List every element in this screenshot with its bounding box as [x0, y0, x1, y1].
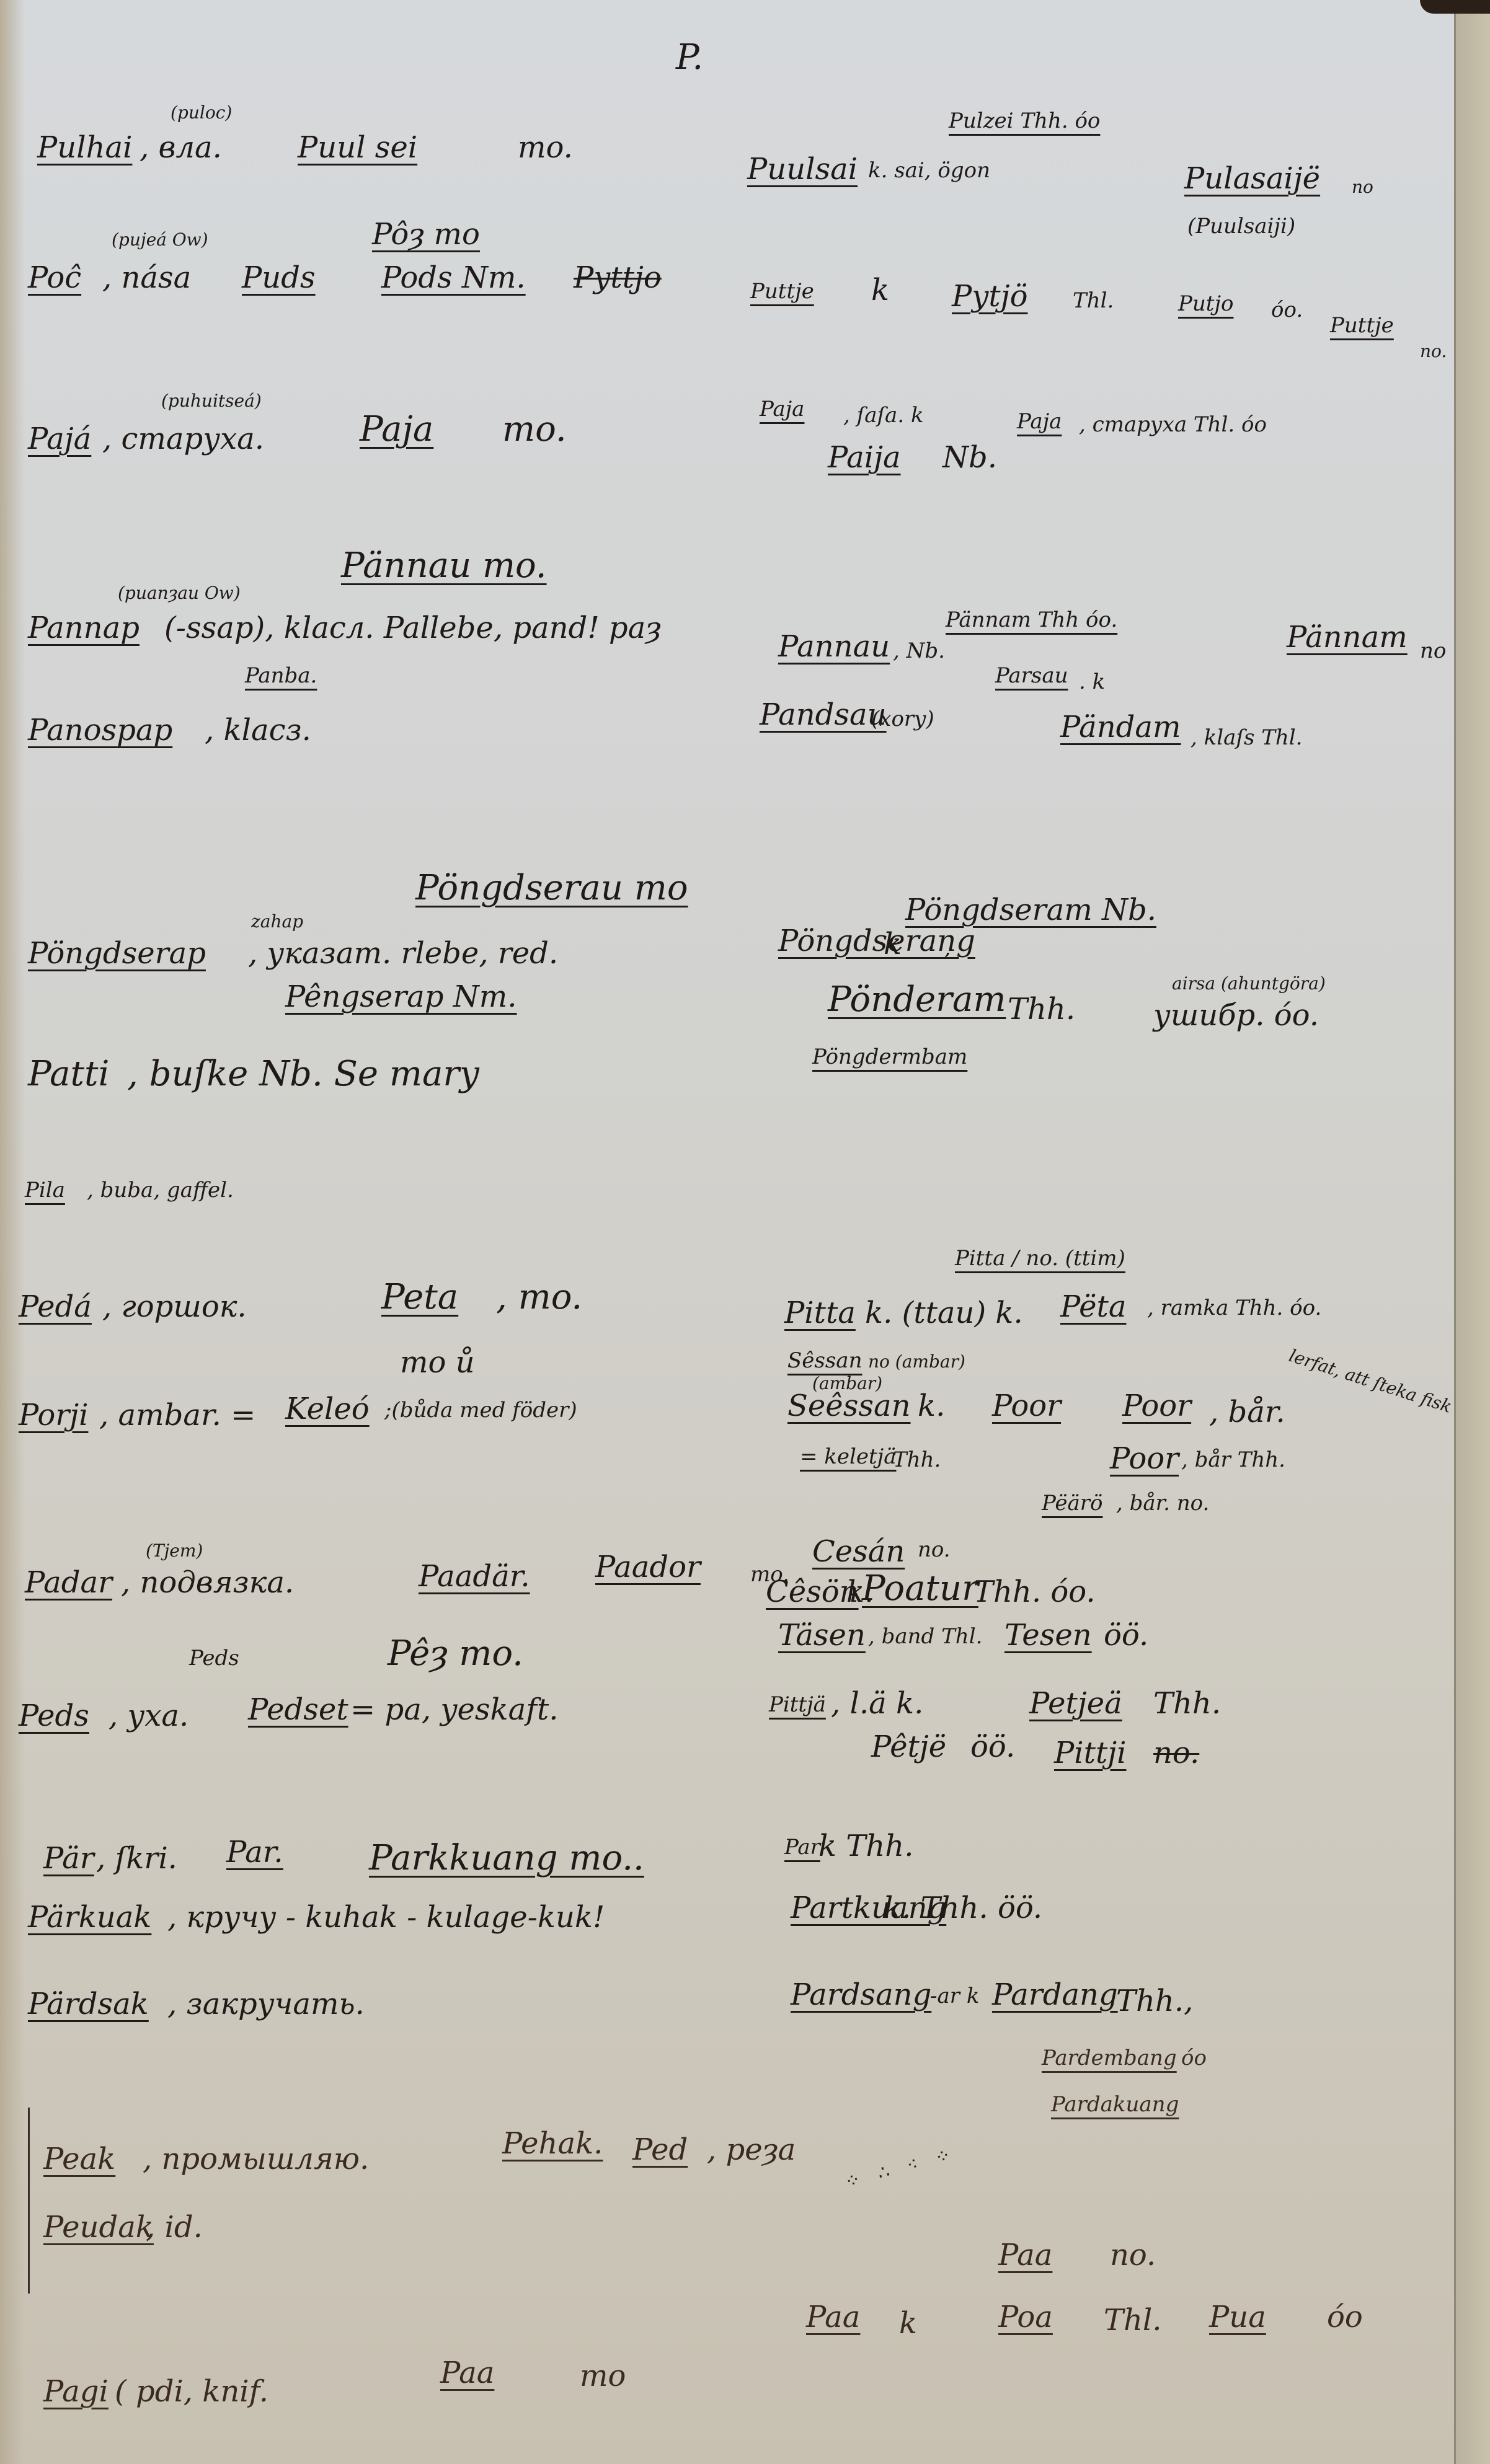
variant: Par.: [226, 1835, 283, 1870]
variant-above: Pitta / no. (ttim): [955, 1246, 1125, 1271]
variant-below: (Puulsaiji): [1187, 214, 1295, 239]
gloss: , ambar. =: [99, 1398, 255, 1433]
headword: Pardembang: [1042, 2046, 1177, 2070]
gloss: , Nb.: [893, 638, 945, 663]
variant: Keleó: [285, 1392, 370, 1426]
headword: Pandsau: [760, 697, 887, 732]
headword: Pitta: [784, 1296, 856, 1330]
gloss: , buſke Nb. Se mary: [127, 1054, 479, 1094]
headword: Pannau: [778, 629, 890, 664]
variant-tag: Thh.,: [1116, 1984, 1193, 2018]
headword: Patti: [28, 1054, 109, 1094]
variant-tag: mo.: [518, 130, 573, 165]
headword: Cêsön: [766, 1574, 859, 1609]
variant: Ped: [632, 2132, 688, 2167]
gloss: , l.ä k.: [831, 1686, 923, 1721]
headword: Puulsai: [747, 152, 858, 187]
gloss: k Thh.: [818, 1829, 913, 1863]
variant-tag: Thh.: [1153, 1686, 1221, 1721]
gloss: , ſaſa. k: [843, 403, 924, 428]
struck-variant: Pyttjo: [574, 260, 662, 295]
gloss: , закручать.: [167, 1987, 365, 2021]
variant-above: Parkkuang mo..: [369, 1838, 644, 1878]
variant: Peta: [381, 1277, 458, 1317]
variant-tag: öö.: [1104, 1618, 1148, 1653]
margin-bracket: [28, 2108, 30, 2294]
variant: Paador: [595, 1550, 701, 1584]
variant-tag: mo: [580, 2359, 626, 2393]
variant: Poa: [998, 2300, 1053, 2334]
gloss: no.: [1110, 2238, 1156, 2272]
note-above: (pujeá Ow): [112, 229, 208, 250]
variant: Pulasaijë: [1184, 161, 1320, 196]
variant: Pedset: [248, 1692, 348, 1727]
variant: Pehak.: [502, 2126, 603, 2161]
variant: Pods Nm.: [381, 260, 526, 295]
variant: Paadär.: [419, 1559, 530, 1594]
variant: Pua: [1209, 2300, 1266, 2334]
variant-tag: Thl.: [1104, 2303, 1162, 2338]
note: lerfat, att ſteka fisk: [1287, 1345, 1455, 1417]
variant: Petjeä: [1029, 1686, 1122, 1721]
headword: Paja: [760, 397, 804, 422]
headword: Täsen: [778, 1618, 866, 1653]
headword: Pardakuang: [1051, 2092, 1179, 2117]
headword: Paa: [806, 2300, 860, 2334]
gloss: , горшок.: [102, 1289, 247, 1324]
note: ;(bůda med föder): [384, 1398, 577, 1423]
gloss: , bår. no.: [1116, 1491, 1209, 1516]
gloss: , вла.: [140, 130, 222, 165]
headword: Poĉ: [28, 260, 81, 295]
variant-tag: , ramka Thh. óo.: [1147, 1296, 1321, 1320]
variant: Parsau: [995, 663, 1068, 688]
variant: Poor: [1122, 1389, 1191, 1423]
page-header-letter: P.: [676, 37, 703, 77]
headword: = keletjä: [800, 1444, 897, 1469]
headword: Pardsang: [791, 1977, 931, 2012]
variant-below: Pêngseraр Nm.: [285, 979, 517, 1014]
variant-tag: , mo.: [496, 1277, 582, 1317]
gloss: , id.: [146, 2210, 203, 2245]
headword: Pedá: [19, 1289, 92, 1324]
variant-tag: = pa, yeskaft.: [350, 1692, 559, 1727]
headword: Pila: [25, 1178, 65, 1203]
variant: Putjo: [1178, 291, 1233, 316]
gloss: , кручу - kuhak - kulage-kuk!: [167, 1900, 605, 1935]
headword: Padar: [25, 1565, 112, 1600]
gloss: , band Thl.: [868, 1624, 982, 1649]
variant-tag: , bår Thh.: [1181, 1447, 1285, 1472]
headword: Pulhai: [37, 130, 132, 165]
gloss: k: [884, 927, 902, 961]
variant: Pönderam: [828, 979, 1006, 1020]
variant-tag: Thh. óo.: [973, 1574, 1096, 1609]
binding-shadow: [1420, 0, 1490, 14]
variant: Puds: [242, 260, 316, 295]
gloss: , указат. rlebe, red.: [248, 936, 558, 971]
gloss: -ar k: [930, 1984, 979, 2008]
headword: Pittjä: [769, 1692, 826, 1717]
headword: Panospaр: [28, 713, 172, 748]
variant: Poor: [1110, 1441, 1179, 1476]
variant: Paja: [1017, 409, 1062, 434]
note-above: (Tjem): [146, 1540, 203, 1561]
gloss: Thh.: [893, 1447, 941, 1472]
headword: Porji: [19, 1398, 88, 1433]
gloss: no (ambar): [868, 1351, 965, 1372]
headword: Peak: [43, 2142, 115, 2176]
variant-tag: , bår.: [1209, 1395, 1285, 1429]
gloss: , промышляю.: [143, 2142, 369, 2176]
headword: Peudak: [43, 2210, 154, 2245]
gloss: , старуха.: [102, 422, 264, 456]
headword: Peds: [19, 1698, 89, 1733]
variant-tag: Thl.: [1073, 288, 1114, 313]
variant-above: Pôȝ mo: [372, 217, 480, 252]
headword: Pajá: [28, 422, 91, 456]
note-above: airsa (ahuntgöra): [1172, 973, 1326, 994]
variant-tag: no: [1420, 638, 1446, 663]
gloss: , násа: [102, 260, 191, 295]
variant: Pytjö: [952, 279, 1027, 314]
variant: Paa: [440, 2356, 494, 2390]
headword: Cesán: [812, 1534, 905, 1569]
headword: Sêssan: [787, 1348, 862, 1373]
variant: Pändam: [1060, 710, 1181, 744]
variant: Poatur: [862, 1568, 978, 1609]
variant-above: Pöngdserau mo: [415, 868, 688, 908]
variant-tag: Nb.: [942, 440, 997, 475]
variant: Puttje: [1330, 313, 1394, 338]
variant-below: Panba.: [245, 663, 317, 688]
variant: Pëta: [1060, 1289, 1126, 1324]
variant-above: Pännam Thh óo.: [946, 607, 1117, 632]
variant-tag: Thh.: [1008, 992, 1075, 1027]
gloss: k. Thh. öö.: [884, 1891, 1042, 1925]
gloss: k: [899, 2306, 917, 2341]
headword: Paa: [998, 2238, 1052, 2272]
gloss: , klaсз.: [205, 713, 311, 748]
note-above: (puanȝau Ow): [118, 583, 241, 603]
headword: Puttje: [750, 279, 814, 304]
variant-below: Paija: [828, 440, 901, 475]
variant-below: Pöngdermbam: [812, 1044, 967, 1069]
variant: Poor: [992, 1389, 1061, 1423]
gloss: , подвязка.: [121, 1565, 294, 1600]
variant-tag: óo.: [1271, 298, 1303, 322]
headword: Pagi: [43, 2374, 109, 2409]
variant-tag: mo.: [502, 409, 567, 449]
gloss: k: [871, 273, 889, 307]
gloss: k. (ttau) k.: [865, 1296, 1023, 1330]
variant-tag: no.: [1153, 1736, 1199, 1770]
variant: Pardang: [992, 1977, 1118, 2012]
headword: Seêssan: [787, 1389, 911, 1423]
gloss: ( pdi, knif.: [115, 2374, 268, 2409]
gloss: öö.: [970, 1729, 1015, 1764]
gloss: , buba, gaffel.: [87, 1178, 234, 1203]
manuscript-page: P. (puloc) Pulhai , вла. Puul sei mo. (p…: [0, 0, 1456, 2464]
gloss: , ſkri.: [96, 1841, 177, 1876]
headword: Pärkuak: [28, 1900, 151, 1935]
variant: Pittji: [1054, 1736, 1126, 1770]
variant: Tesen: [1004, 1618, 1092, 1653]
variant: Pännam: [1287, 620, 1408, 655]
ink-smudge: ⁘ ∴ ⁖ ⁘: [843, 2143, 959, 2194]
variant-tag: no.: [1420, 341, 1447, 361]
gloss: óo: [1181, 2046, 1207, 2070]
headword: Pannaр: [28, 611, 140, 645]
variant-tag: , старуха Thl. óo: [1079, 412, 1267, 437]
gloss: k.: [918, 1389, 945, 1423]
gloss: , уха.: [109, 1698, 188, 1733]
note: ушибр. óo.: [1153, 998, 1319, 1033]
variant-above: Pêȝ mo.: [388, 1633, 523, 1674]
headword: Pär: [43, 1841, 94, 1876]
note-above: (puhuitseá): [161, 391, 262, 411]
headword: Pärdsak: [28, 1987, 149, 2021]
headword: Pöngdseraņg: [778, 924, 975, 958]
note-above: (puloc): [171, 102, 232, 123]
note-above: zahaр: [251, 911, 303, 932]
variant-tag: , klaſs Thl.: [1191, 725, 1302, 750]
gloss: (-ssaр), klaсл. Pallebe, pand! paȝ: [164, 611, 661, 645]
gloss: no.: [918, 1537, 951, 1562]
gloss: k. sai, ögon: [868, 158, 990, 183]
headword: Par: [784, 1835, 820, 1860]
variant-tag: no: [1352, 177, 1373, 197]
variant-above: Pöngdseram Nb.: [905, 893, 1156, 927]
variant-tag: óo: [1327, 2300, 1363, 2334]
variant-above: Pännau mo.: [341, 545, 547, 586]
headword: Pëärö: [1042, 1491, 1102, 1516]
note-above: Peds: [189, 1646, 239, 1671]
variant-tag: , peȝa: [707, 2132, 796, 2167]
variant-tag: . k: [1079, 669, 1105, 694]
variant-above: Pulzei Thh. óo: [949, 108, 1100, 133]
variant-tag-above: mo ů: [400, 1345, 475, 1380]
variant: Paja: [360, 409, 433, 449]
variant: Puul sei: [298, 130, 417, 165]
headword: Pöngdseraр: [28, 936, 206, 971]
headword: Pêtjë: [871, 1729, 946, 1764]
gloss: (xory): [871, 707, 934, 731]
book-spine: [1456, 0, 1490, 2464]
